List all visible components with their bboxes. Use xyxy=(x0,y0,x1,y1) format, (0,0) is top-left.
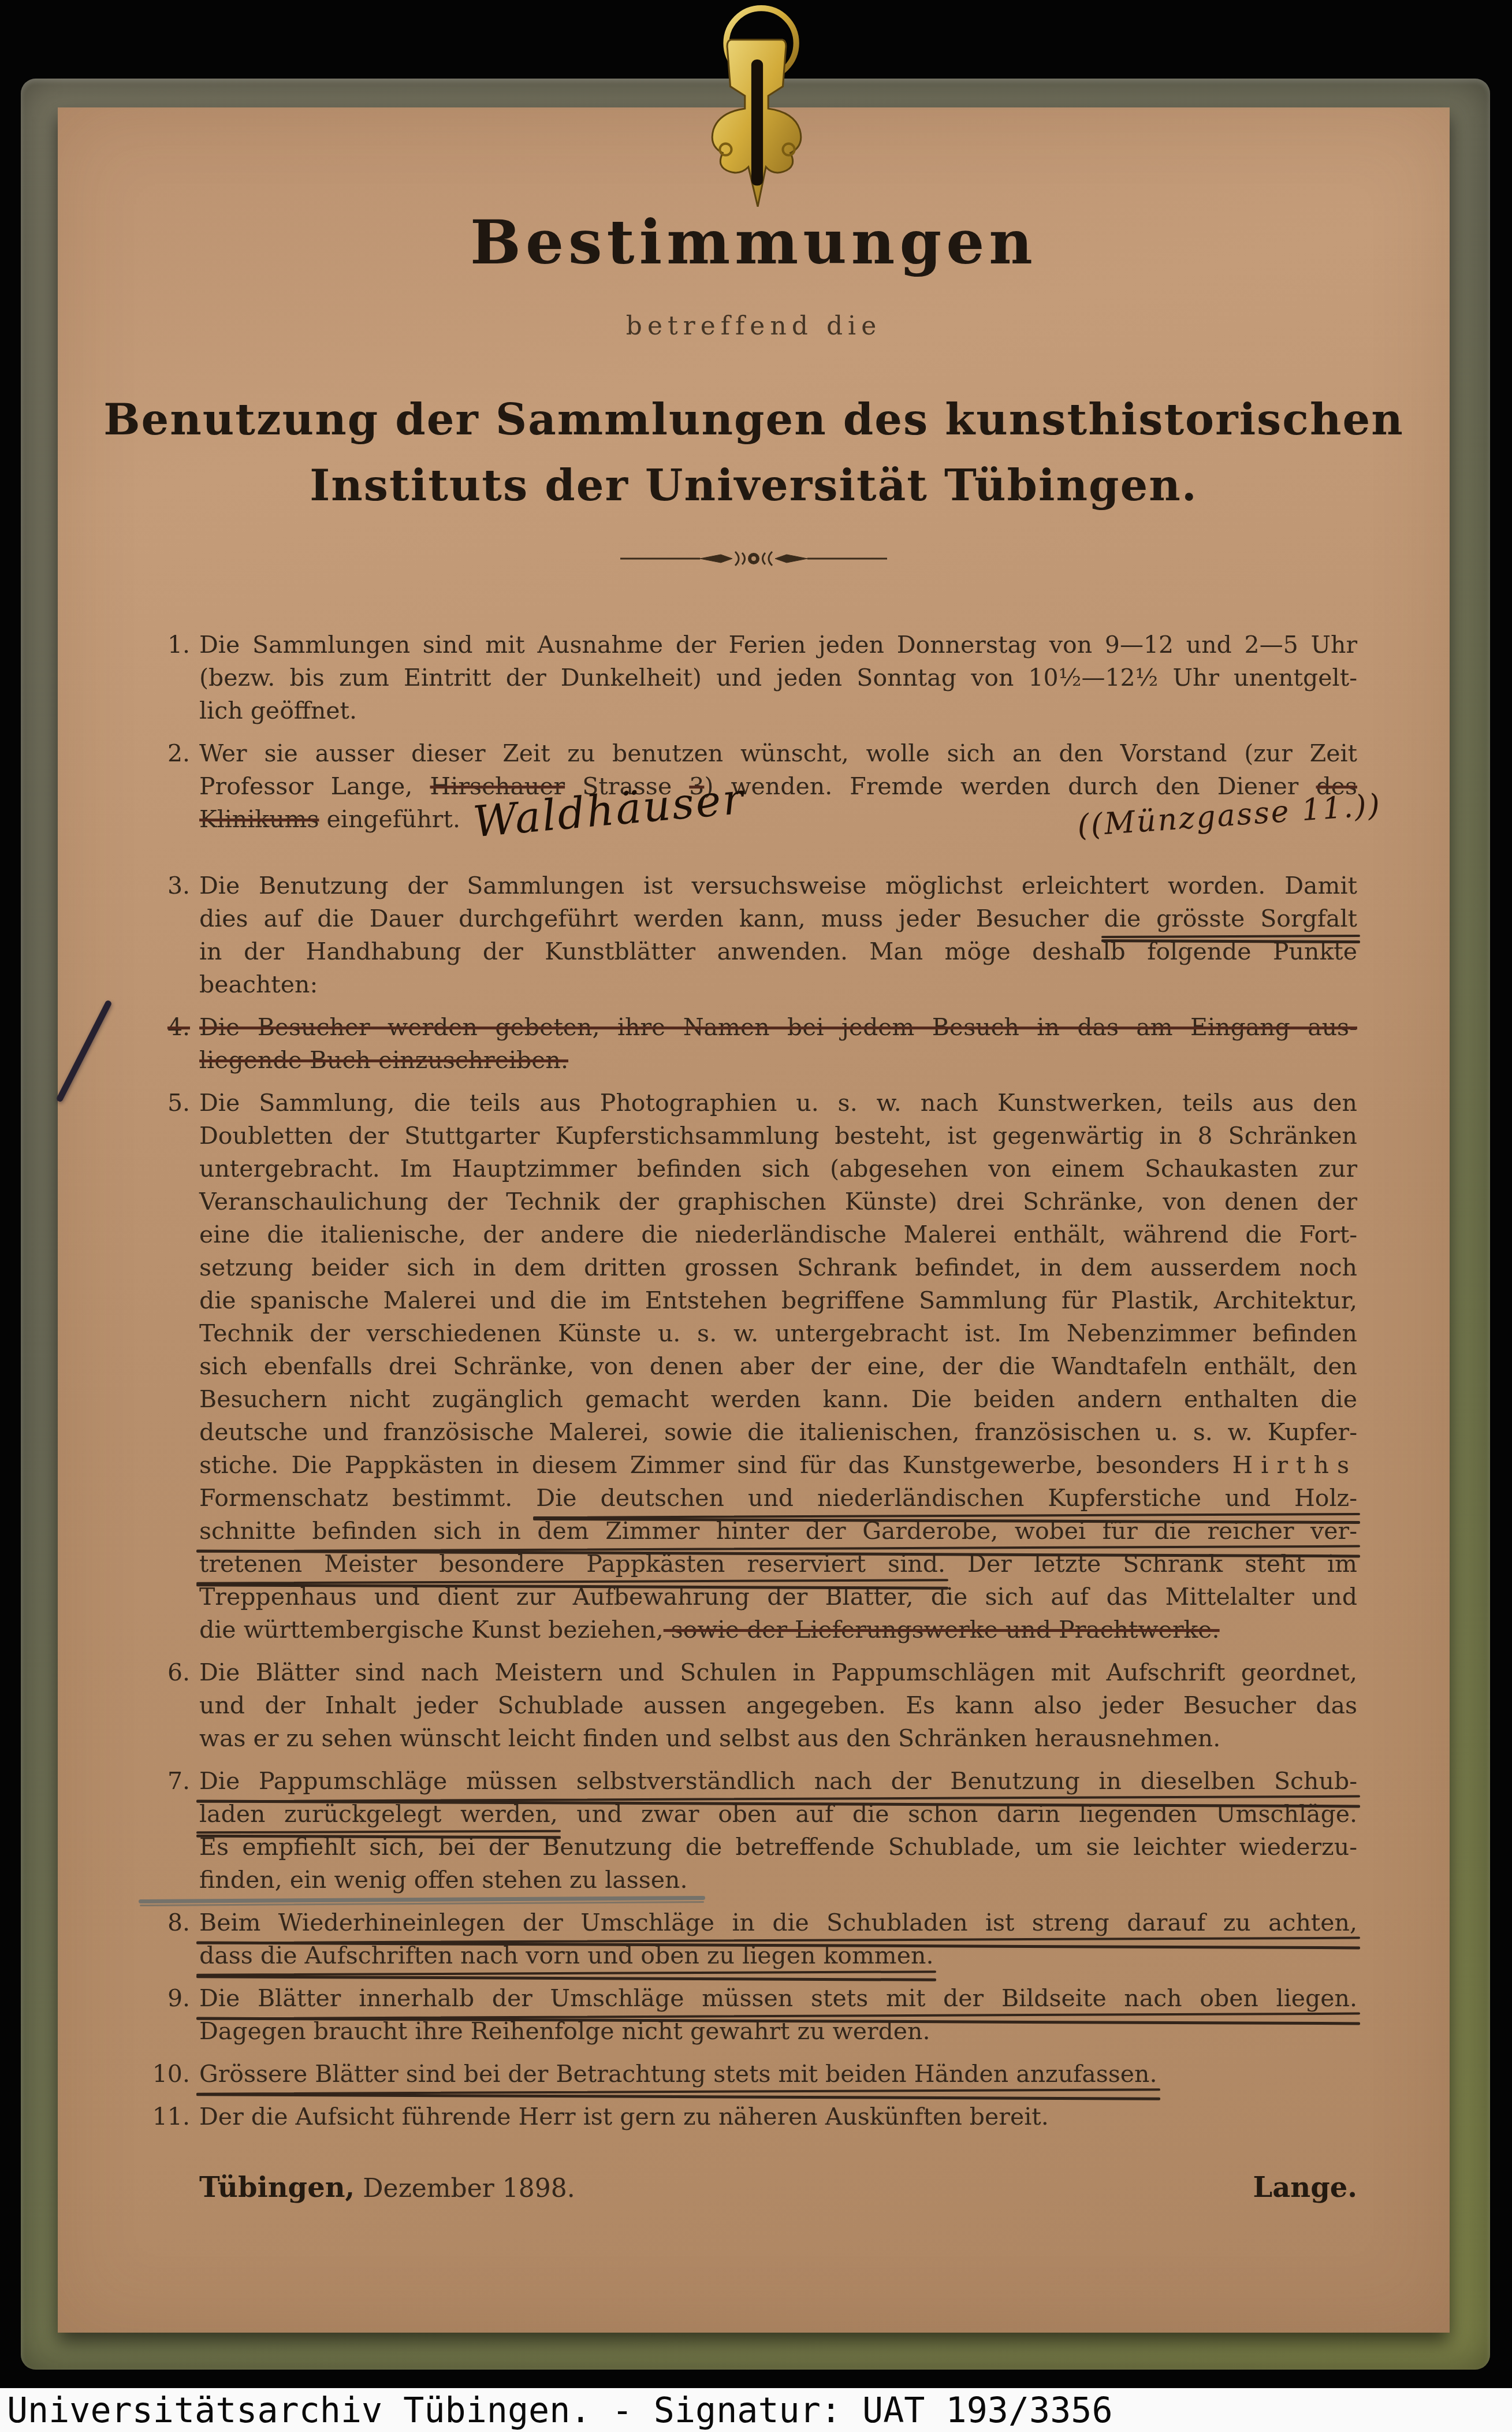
title-prefix: betreffend die xyxy=(58,311,1450,341)
margin-check-mark xyxy=(55,999,112,1103)
text-line: Die Blätter innerhalb der Umschläge müss… xyxy=(199,1982,1357,2015)
text-line: Veranschaulichung der Technik der graphi… xyxy=(199,1185,1357,1218)
text-line: eine die italienische, der andere die ni… xyxy=(199,1218,1357,1251)
text-line: tretenen Meister besondere Pappkästen re… xyxy=(199,1548,1357,1581)
footer-signature: Lange. xyxy=(1253,2171,1357,2204)
text-line: sich ebenfalls drei Schränke, von denen … xyxy=(199,1350,1357,1383)
regulation-item-3: 3.Die Benutzung der Sammlungen ist versu… xyxy=(199,869,1357,1001)
text-line: die spanische Malerei und die im Entsteh… xyxy=(199,1284,1357,1317)
text-line: dass die Aufschriften nach vorn und oben… xyxy=(199,1939,1357,1972)
item-number: 6. xyxy=(144,1656,190,1689)
hanger-icon xyxy=(669,0,844,221)
regulation-item-7: 7.Die Pappumschläge müssen selbstverstän… xyxy=(199,1765,1357,1896)
text-line: schnitte befinden sich in dem Zimmer hin… xyxy=(199,1515,1357,1548)
text-line: lich geöffnet. xyxy=(199,694,1357,727)
item-number: 2. xyxy=(144,737,190,770)
text-line: Formenschatz bestimmt. Die deutschen und… xyxy=(199,1482,1357,1515)
regulation-item-10: 10.Grössere Blätter sind bei der Betrach… xyxy=(199,2058,1357,2091)
regulation-item-11: 11.Der die Aufsicht führende Herr ist ge… xyxy=(199,2100,1357,2133)
text-line: Wer sie ausser dieser Zeit zu benutzen w… xyxy=(199,737,1357,770)
document-footer: Tübingen,Dezember 1898. Lange. xyxy=(199,2171,1357,2204)
regulation-item-8: 8.Beim Wiederhineinlegen der Umschläge i… xyxy=(199,1906,1357,1972)
regulation-item-2: 2.Wer sie ausser dieser Zeit zu benutzen… xyxy=(199,737,1357,836)
ornament-divider-icon xyxy=(58,545,1450,574)
text-line: dies auf die Dauer durchgeführt werden k… xyxy=(199,902,1357,935)
text-line: Der die Aufsicht führende Herr ist gern … xyxy=(199,2100,1357,2133)
text-line: Die Sammlung, die teils aus Photographie… xyxy=(199,1087,1357,1120)
regulation-item-4: 4.Die Besucher werden gebeten, ihre Name… xyxy=(199,1011,1357,1077)
text-line: Professor Lange, Hirschauer Strasse 3) w… xyxy=(199,770,1357,803)
item-number: 8. xyxy=(144,1906,190,1939)
item-number: 9. xyxy=(144,1982,190,2015)
regulation-item-9: 9.Die Blätter innerhalb der Umschläge mü… xyxy=(199,1982,1357,2048)
item-number: 1. xyxy=(144,629,190,661)
regulation-item-6: 6.Die Blätter sind nach Meistern und Sch… xyxy=(199,1656,1357,1755)
archive-caption-bar: Universitätsarchiv Tübingen. - Signatur:… xyxy=(0,2388,1512,2432)
text-line: Die Pappumschläge müssen selbstverständl… xyxy=(199,1765,1357,1798)
archive-caption: Universitätsarchiv Tübingen. - Signatur:… xyxy=(0,2388,1512,2432)
text-line: liegende Buch einzuschreiben. xyxy=(199,1044,1357,1077)
item-number: 4. xyxy=(144,1011,190,1044)
item-number: 7. xyxy=(144,1765,190,1798)
footer-place-date: Tübingen,Dezember 1898. xyxy=(199,2171,575,2204)
text-line: deutsche und französische Malerei, sowie… xyxy=(199,1416,1357,1449)
regulations-list: 1.Die Sammlungen sind mit Ausnahme der F… xyxy=(199,629,1357,2133)
text-line: untergebracht. Im Hauptzimmer befinden s… xyxy=(199,1152,1357,1185)
text-line: setzung beider sich in dem dritten gross… xyxy=(199,1251,1357,1284)
document-paper: Bestimmungen betreffend die Benutzung de… xyxy=(58,107,1450,2333)
regulation-item-5: 5.Die Sammlung, die teils aus Photograph… xyxy=(199,1087,1357,1646)
item-number: 3. xyxy=(144,869,190,902)
item-number: 11. xyxy=(144,2100,190,2133)
title-line-1: Benutzung der Sammlungen des kunsthistor… xyxy=(58,394,1450,445)
handwritten-note-waldhaeuser: Waldhäuser xyxy=(474,798,745,822)
text-line: Die Blätter sind nach Meistern und Schul… xyxy=(199,1656,1357,1689)
footer-place: Tübingen, xyxy=(199,2171,355,2204)
text-line: Die Besucher werden gebeten, ihre Namen … xyxy=(199,1011,1357,1044)
item-number: 10. xyxy=(144,2058,190,2091)
title-line-2: Instituts der Universität Tübingen. xyxy=(58,460,1450,511)
text-line: Die Benutzung der Sammlungen ist versuch… xyxy=(199,869,1357,902)
footer-date: Dezember 1898. xyxy=(363,2174,575,2203)
text-line: was er zu sehen wünscht leicht finden un… xyxy=(199,1722,1357,1755)
text-line: beachten: xyxy=(199,968,1357,1001)
text-line: Beim Wiederhineinlegen der Umschläge in … xyxy=(199,1906,1357,1939)
regulation-item-1: 1.Die Sammlungen sind mit Ausnahme der F… xyxy=(199,629,1357,727)
text-line: finden, ein wenig offen stehen zu lassen… xyxy=(199,1864,1357,1896)
text-line: Grössere Blätter sind bei der Betrachtun… xyxy=(199,2058,1357,2091)
text-line: (bezw. bis zum Eintritt der Dunkelheit) … xyxy=(199,661,1357,694)
text-line: Besuchern nicht zugänglich gemacht werde… xyxy=(199,1383,1357,1416)
text-line: Die Sammlungen sind mit Ausnahme der Fer… xyxy=(199,629,1357,661)
photo-background: Bestimmungen betreffend die Benutzung de… xyxy=(0,0,1512,2432)
text-line: Doubletten der Stuttgarter Kupferstichsa… xyxy=(199,1120,1357,1152)
text-line: stiche. Die Pappkästen in diesem Zimmer … xyxy=(199,1449,1357,1482)
text-line: und der Inhalt jeder Schublade aussen an… xyxy=(199,1689,1357,1722)
item-number: 5. xyxy=(144,1087,190,1120)
text-line: die württembergische Kunst beziehen, sow… xyxy=(199,1613,1357,1646)
text-line: Technik der verschiedenen Künste u. s. w… xyxy=(199,1317,1357,1350)
